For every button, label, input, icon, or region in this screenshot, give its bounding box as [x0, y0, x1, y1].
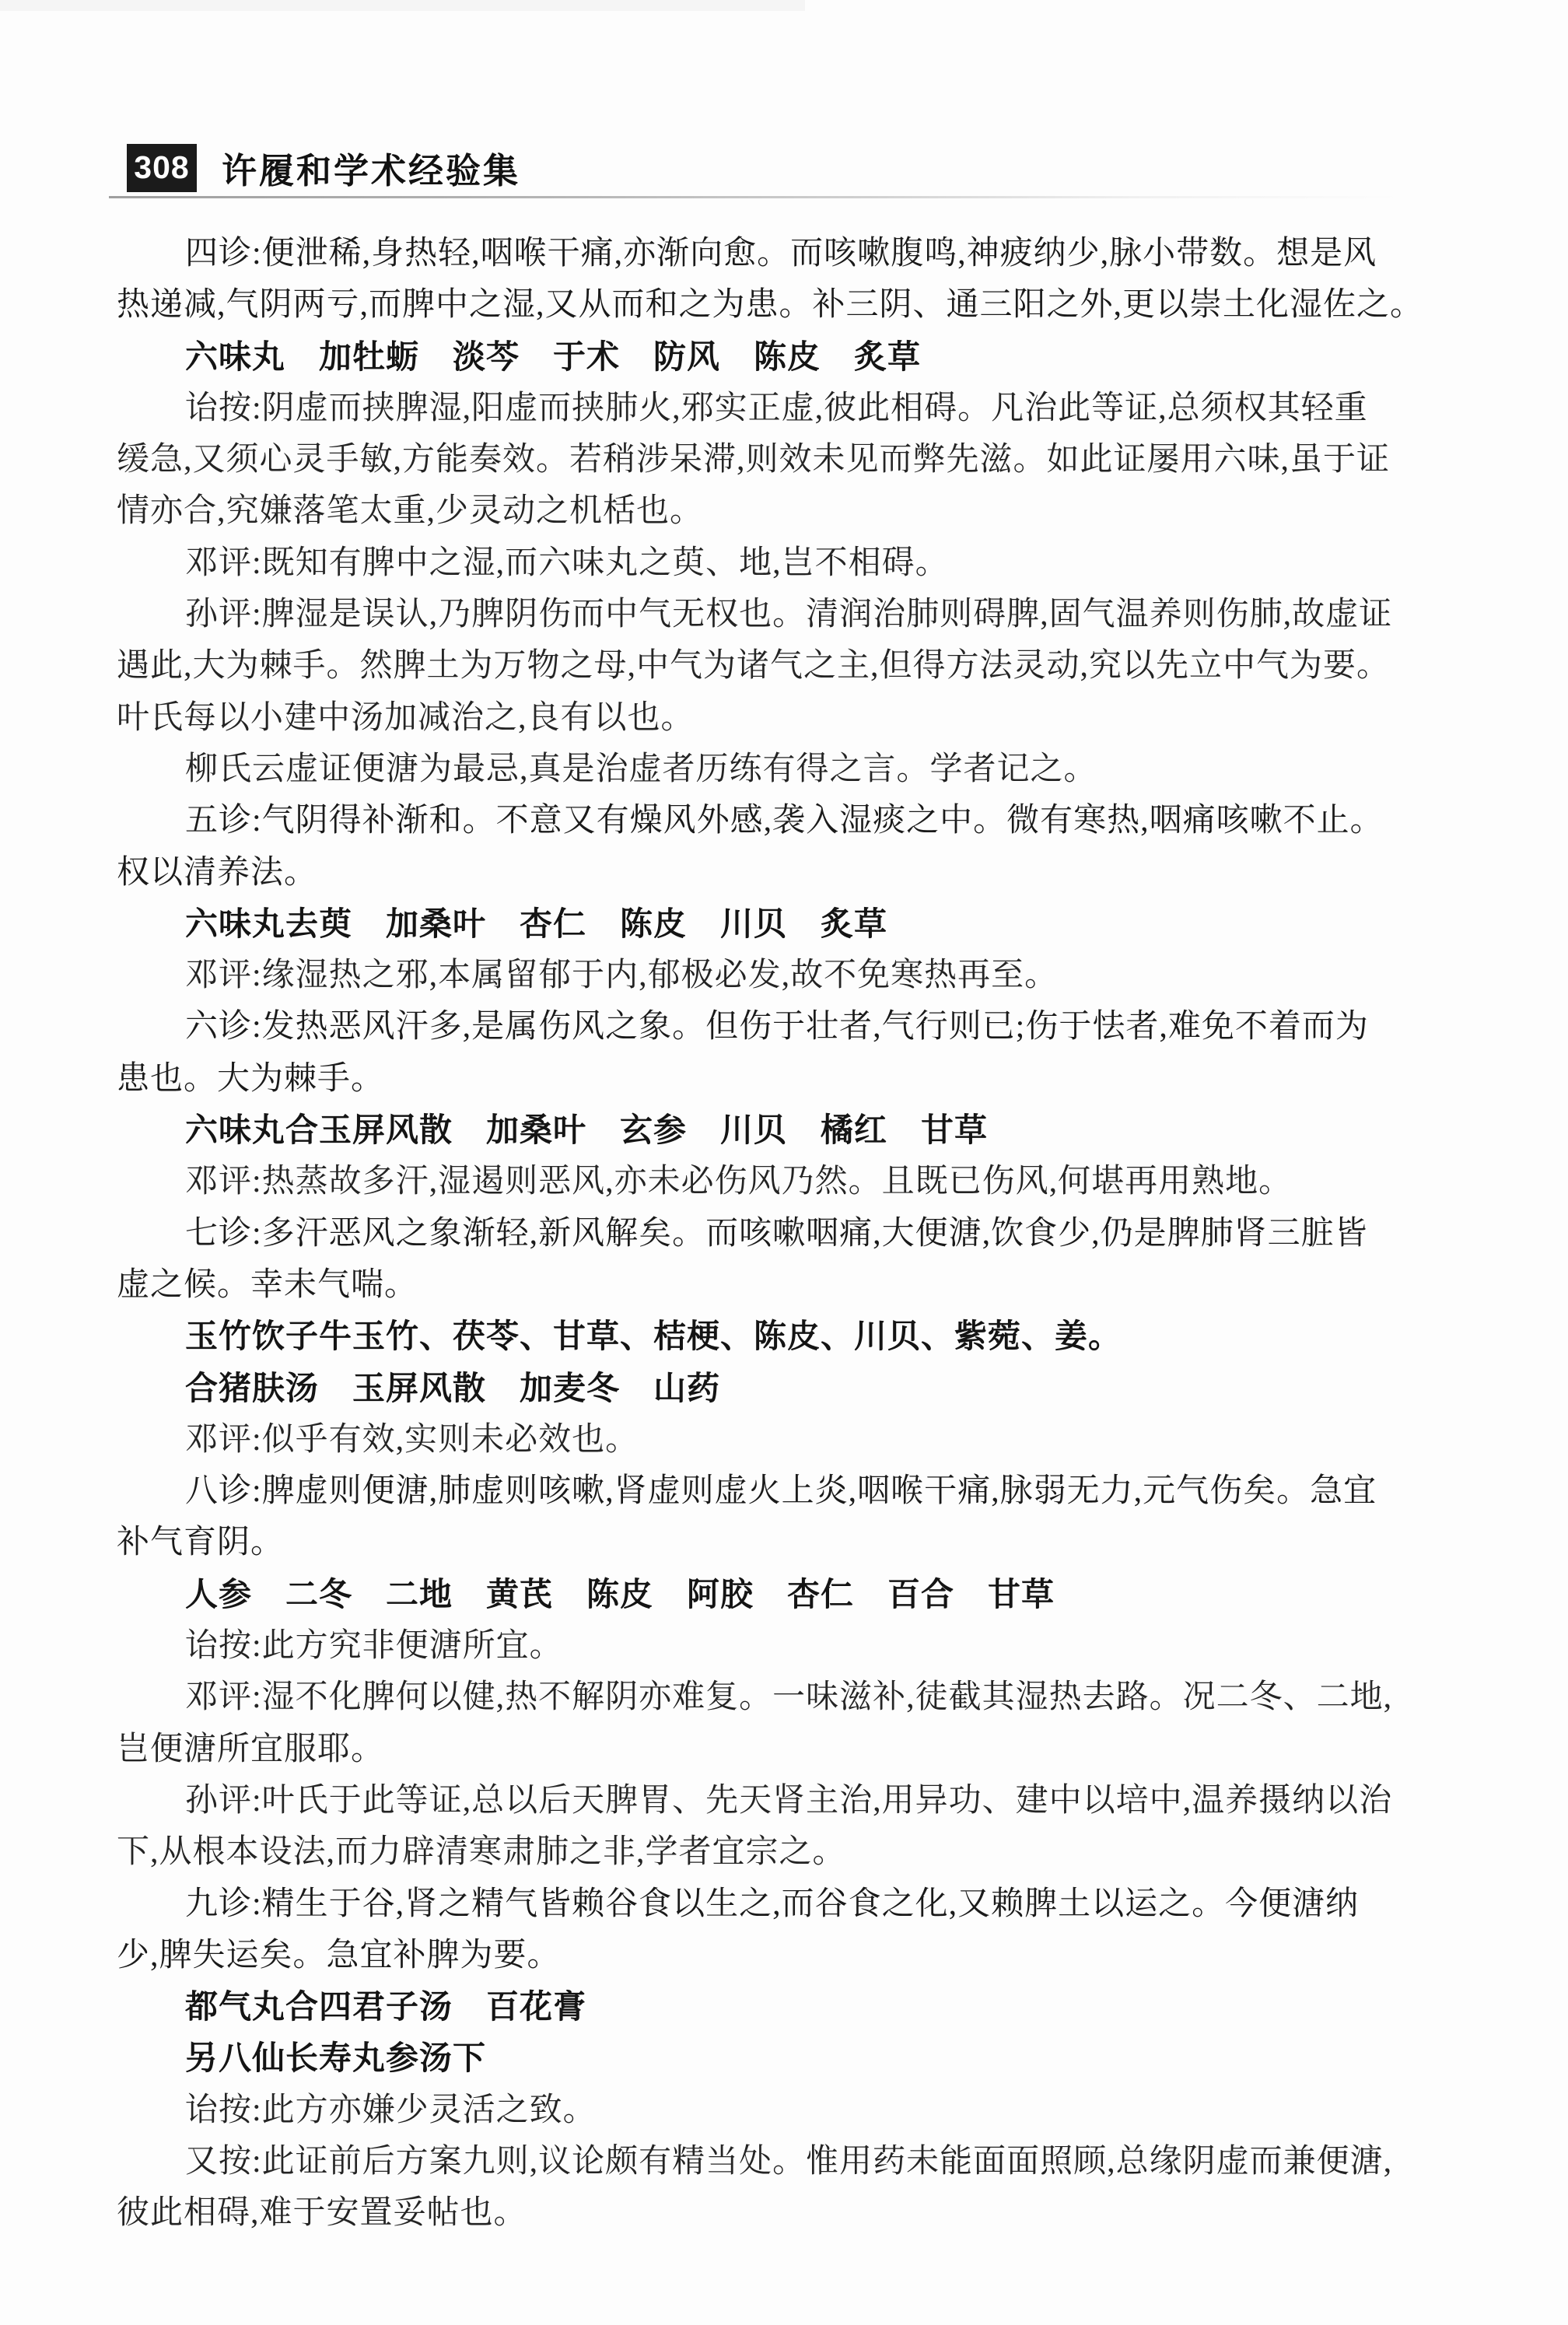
- header-divider: [109, 196, 1400, 198]
- text-line-comment: 彼此相碍,难于安置妥帖也。: [117, 2187, 1528, 2239]
- text-line-comment: 邓评:湿不化脾何以健,热不解阴亦难复。一味滋补,徒截其湿热去路。况二冬、二地,: [117, 1672, 1528, 1723]
- text-line-comment: 孙评:脾湿是误认,乃脾阴伤而中气无权也。清润治肺则碍脾,固气温养则伤肺,故虚证: [117, 589, 1528, 640]
- text-line-comment: 邓评:缘湿热之邪,本属留郁于内,郁极必发,故不免寒热再至。: [117, 950, 1528, 1001]
- text-line-normal: 八诊:脾虚则便溏,肺虚则咳嗽,肾虚则虚火上炎,咽喉干痛,脉弱无力,元气伤矣。急宜: [117, 1465, 1528, 1517]
- text-line-formula: 另八仙长寿丸参汤下: [117, 2033, 1528, 2084]
- text-line-formula: 都气丸合四君子汤 百花膏: [117, 1981, 1528, 2033]
- text-line-comment: 孙评:叶氏于此等证,总以后天脾胃、先天肾主治,用异功、建中以培中,温养摄纳以治: [117, 1775, 1528, 1826]
- text-line-normal: 权以清养法。: [117, 847, 1528, 898]
- text-line-comment: 情亦合,究嫌落笔太重,少灵动之机栝也。: [117, 485, 1528, 537]
- text-line-normal: 六诊:发热恶风汗多,是属伤风之象。但伤于壮者,气行则已;伤于怯者,难免不着而为: [117, 1001, 1528, 1052]
- text-line-formula: 合猪肤汤 玉屏风散 加麦冬 山药: [117, 1363, 1528, 1414]
- text-line-normal: 热递减,气阴两亏,而脾中之湿,又从而和之为患。补三阴、通三阳之外,更以崇土化湿佐…: [117, 279, 1528, 331]
- text-line-formula: 六味丸去萸 加桑叶 杏仁 陈皮 川贝 炙草: [117, 898, 1528, 950]
- body-text: 四诊:便泄稀,身热轻,咽喉干痛,亦渐向愈。而咳嗽腹鸣,神疲纳少,脉小带数。想是风…: [117, 228, 1528, 2239]
- text-line-comment: 邓评:既知有脾中之湿,而六味丸之萸、地,岂不相碍。: [117, 537, 1528, 589]
- text-line-comment: 诒按:此方究非便溏所宜。: [117, 1620, 1528, 1672]
- text-line-formula: 人参 二冬 二地 黄芪 陈皮 阿胶 杏仁 百合 甘草: [117, 1569, 1528, 1620]
- text-line-comment: 岂便溏所宜服耶。: [117, 1724, 1528, 1775]
- text-line-comment: 邓评:热蒸故多汗,湿遏则恶风,亦未必伤风乃然。且既已伤风,何堪再用熟地。: [117, 1156, 1528, 1207]
- text-line-normal: 九诊:精生于谷,肾之精气皆赖谷食以生之,而谷食之化,又赖脾土以运之。今便溏纳: [117, 1879, 1528, 1930]
- text-line-normal: 少,脾失运矣。急宜补脾为要。: [117, 1930, 1528, 1981]
- text-line-comment: 缓急,又须心灵手敏,方能奏效。若稍涉呆滞,则效未见而弊先滋。如此证屡用六味,虽于…: [117, 434, 1528, 485]
- text-line-normal: 五诊:气阴得补渐和。不意又有燥风外感,袭入湿痰之中。微有寒热,咽痛咳嗽不止。: [117, 795, 1528, 846]
- text-line-normal: 四诊:便泄稀,身热轻,咽喉干痛,亦渐向愈。而咳嗽腹鸣,神疲纳少,脉小带数。想是风: [117, 228, 1528, 279]
- book-title: 许履和学术经验集: [222, 142, 520, 193]
- text-line-comment: 下,从根本设法,而力辟清寒肃肺之非,学者宜宗之。: [117, 1826, 1528, 1878]
- text-line-comment: 柳氏云虚证便溏为最忌,真是治虚者历练有得之言。学者记之。: [117, 744, 1528, 795]
- page-header: 308 许履和学术经验集: [127, 142, 520, 193]
- text-line-normal: 七诊:多汗恶风之象渐轻,新风解矣。而咳嗽咽痛,大便溏,饮食少,仍是脾肺肾三脏皆: [117, 1208, 1528, 1259]
- text-line-comment: 邓评:似乎有效,实则未必效也。: [117, 1414, 1528, 1465]
- text-line-comment: 又按:此证前后方案九则,议论颇有精当处。惟用药未能面面照顾,总缘阴虚而兼便溏,: [117, 2136, 1528, 2187]
- text-line-comment: 遇此,大为棘手。然脾土为万物之母,中气为诸气之主,但得方法灵动,究以先立中气为要…: [117, 640, 1528, 692]
- scan-edge-artifact: [0, 0, 805, 11]
- page-number-badge: 308: [127, 144, 197, 192]
- text-line-formula: 六味丸 加牡蛎 淡芩 于术 防风 陈皮 炙草: [117, 331, 1528, 383]
- text-line-comment: 叶氏每以小建中汤加减治之,良有以也。: [117, 692, 1528, 744]
- text-line-comment: 诒按:阴虚而挟脾湿,阳虚而挟肺火,邪实正虚,彼此相碍。凡治此等证,总须权其轻重: [117, 383, 1528, 434]
- text-line-normal: 患也。大为棘手。: [117, 1053, 1528, 1105]
- text-line-formula: 玉竹饮子牛玉竹、茯苓、甘草、桔梗、陈皮、川贝、紫菀、姜。: [117, 1311, 1528, 1362]
- text-line-normal: 补气育阴。: [117, 1517, 1528, 1568]
- text-line-formula: 六味丸合玉屏风散 加桑叶 玄参 川贝 橘红 甘草: [117, 1105, 1528, 1156]
- page-number: 308: [134, 149, 189, 186]
- book-page: 308 许履和学术经验集 四诊:便泄稀,身热轻,咽喉干痛,亦渐向愈。而咳嗽腹鸣,…: [0, 0, 1568, 2325]
- text-line-comment: 诒按:此方亦嫌少灵活之致。: [117, 2085, 1528, 2136]
- text-line-normal: 虚之候。幸未气喘。: [117, 1259, 1528, 1311]
